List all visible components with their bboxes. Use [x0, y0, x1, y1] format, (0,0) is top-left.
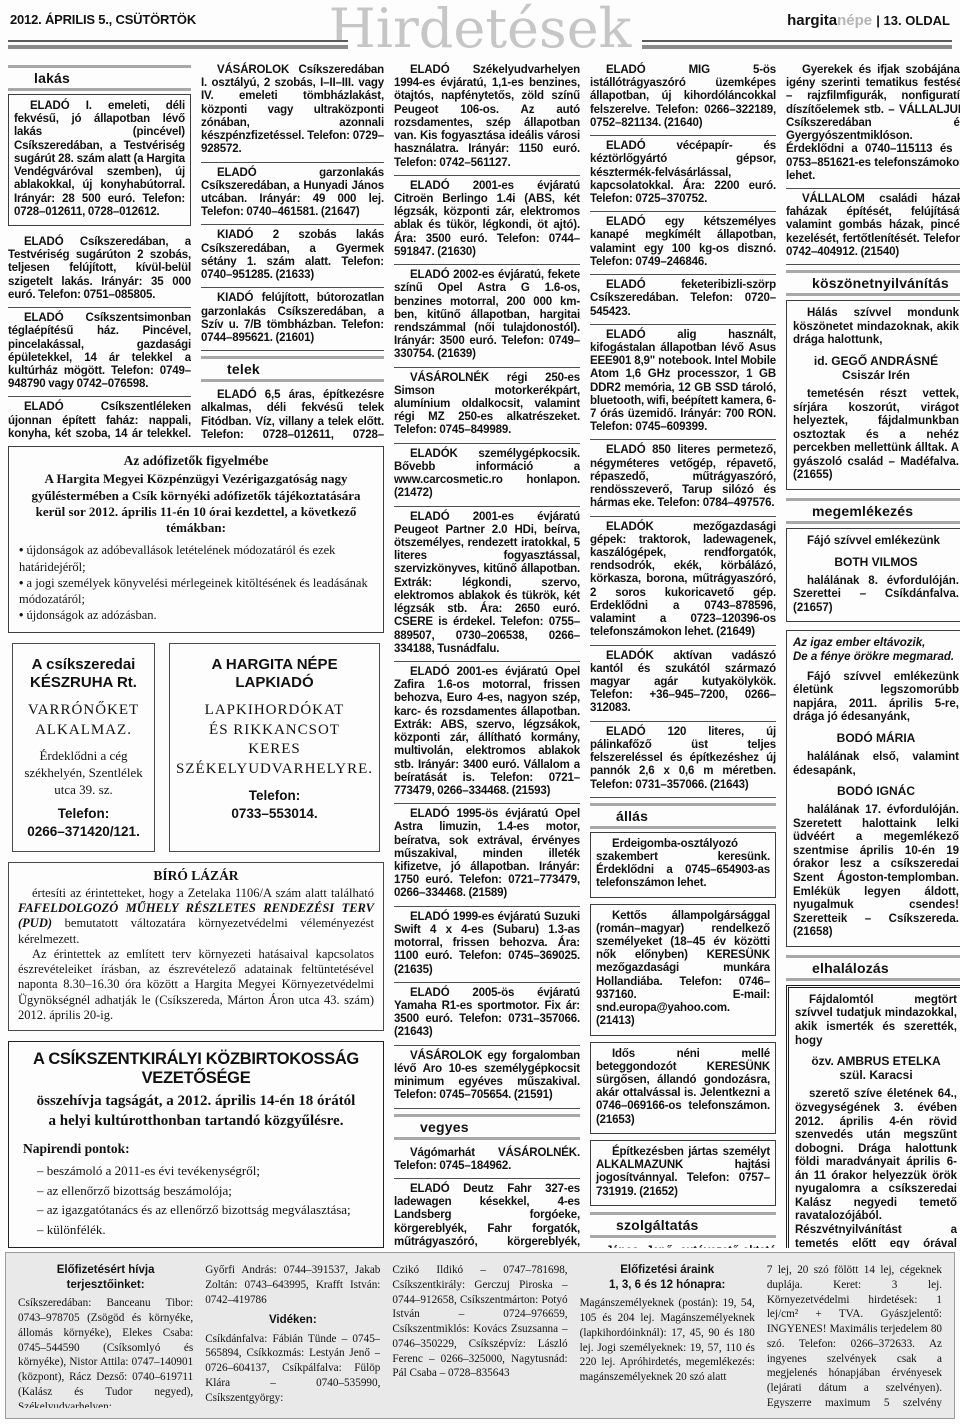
classified-ad: ELADÓ 1999-es évjáratú Suzuki Swift 4 x … — [394, 907, 580, 983]
section-header-elhalalozas: elhalálozás — [786, 955, 960, 981]
notice-line: SZÉKELYUDVARHELYRE. — [176, 760, 373, 780]
column-4: ELADÓ MIG 5-ös istállótrágyaszóró üzemké… — [590, 60, 776, 1248]
classified-ad: ELADÓK aktívan vadászó kantól és szukátó… — [590, 646, 776, 722]
notice-line: VARRÓNŐKET — [19, 701, 148, 721]
classified-ad: ELADÓ 6,5 áras, építkezésre alkalmas, dé… — [201, 385, 384, 440]
taxpayer-notice-body: A Hargita Megyei Közpénzügyi Vezérigazga… — [19, 471, 373, 536]
newspaper-page: 2012. ÁPRILIS 5., CSÜTÖRTÖK Hirdetések h… — [0, 0, 960, 1424]
subscription-footer: Előfizetésért hívja terjesztőinket: Csík… — [5, 1252, 955, 1419]
classified-ad: ELADÓK személygépkocsik. Bővebb informác… — [394, 444, 580, 507]
footer-col-prices: Előfizetési áraink 1, 3, 6 és 12 hónapra… — [580, 1263, 755, 1408]
phone-label: Telefon: — [19, 805, 148, 823]
phone-number: 0266–371420/121. — [19, 823, 148, 841]
header-rule-right — [642, 40, 952, 45]
deceased-name: özv. AMBRUS ETELKA szül. Karacsi — [795, 1054, 957, 1082]
footer-text: Magánszemélyeknek (postán): 19, 54, 105 … — [580, 1297, 755, 1383]
section-header-lakas: lakás — [8, 65, 191, 91]
classified-ad: ELADÓ Deutz Fahr 327-es ladewagen késekk… — [394, 1179, 580, 1248]
memorial-text: halálának 17. évfordulóján. Szeretett ha… — [793, 804, 959, 940]
classified-ad: ELADÓ egy kétszemélyes kanapé megkímélt … — [590, 212, 776, 275]
classified-ad: ELADÓ 1995-ös évjáratú Opel Astra limuzi… — [394, 804, 580, 907]
classified-ad: János Jenő autóvezető-oktató (instructor… — [590, 1241, 776, 1248]
classified-ad: Erdeigomba-osztályozó szakembert keresün… — [596, 836, 770, 894]
phone-number: 0733–553014. — [176, 805, 373, 823]
section-header-allas: állás — [590, 803, 776, 829]
notice-line: A HARGITA NÉPE — [176, 656, 373, 675]
classified-ad: KIADÓ felújított, bútorozatlan garzonlak… — [201, 288, 384, 351]
footer-text: Csíkszeredában: Banceanu Tibor: 0743–978… — [18, 1297, 193, 1408]
classified-ad: Idős néni mellé beteggondozót KERESÜNK s… — [596, 1046, 770, 1130]
memorial-text: halálának 8. évfordulóján. Szerettei – C… — [793, 575, 959, 616]
classified-ad: ELADÓ 850 literes permetező, négyméteres… — [590, 440, 776, 516]
notice-line: KERES — [176, 740, 373, 760]
footer-text: Czikó Ildikó – 0747–781698, Csíkszentkir… — [392, 1264, 567, 1379]
masthead-brand: hargitanépe | 13. OLDAL — [787, 12, 950, 29]
classified-ad: KIADÓ 2 szobás lakás Csíkszeredában, a G… — [201, 225, 384, 288]
biro-lazar-notice: BÍRÓ LÁZÁR értesíti az érintetteket, hog… — [8, 862, 384, 1031]
taxpayer-notice-title: Az adófizetők figyelmébe — [19, 453, 373, 469]
notice-text: értesíti az érintetteket, hogy a Zetelak… — [32, 886, 374, 900]
deceased-name: BOTH VILMOS — [793, 555, 959, 569]
section-header-vegyes: vegyes — [394, 1114, 580, 1140]
classified-ad: Kettős állampolgársággal (román–magyar) … — [596, 908, 770, 1032]
notice-paragraph: értesíti az érintetteket, hogy a Zetelak… — [18, 886, 374, 947]
page-number: | 13. OLDAL — [876, 13, 950, 28]
classified-ad: ELADÓ 2001-es évjáratú Opel Zafira 1.6-o… — [394, 662, 580, 804]
memorial-text: Fájó szívvel emlékezünk — [793, 535, 959, 549]
notice-line: KÉSZRUHA Rt. — [19, 674, 148, 693]
notice-paragraph: Az érintettek az említett terv környezet… — [18, 947, 374, 1023]
classified-ad: Gyerekek és ifjak szobájának igény szeri… — [786, 60, 960, 189]
column-3: ELADÓ Székelyudvarhelyen 1994-es évjárat… — [394, 60, 580, 1248]
notice-line: ALKALMAZ. — [19, 721, 148, 741]
footer-col-distributors: Előfizetésért hívja terjesztőinket: Csík… — [18, 1263, 193, 1408]
classified-ad: ELADÓ Székelyudvarhelyen 1994-es évjárat… — [394, 60, 580, 176]
deceased-name: BODÓ IGNÁC — [793, 784, 959, 798]
lapkiado-caps: LAPKIHORDÓKAT ÉS RIKKANCSOT KERES SZÉKEL… — [176, 701, 373, 779]
left-twin-columns: lakás ELADÓ I. emeleti, déli fekvésű, jó… — [8, 60, 384, 440]
classified-ad: ELADÓ 2005-ös évjáratú Yamaha R1-es spor… — [394, 983, 580, 1046]
header-rule-left — [8, 40, 348, 45]
keszruha-phone: Telefon: 0266–371420/121. — [19, 805, 148, 841]
memorial-text: Fájó szívvel emlékezünk életünk legszomo… — [793, 671, 959, 725]
footer-text: 7 lej, 20 szó fölött 14 lej, cégeknek du… — [767, 1264, 942, 1408]
boxed-ad: Építkezésben jártas személyt ALKALMAZUNK… — [590, 1140, 776, 1206]
classified-ad: ELADÓ 2002-es évjáratú, fekete színű Ope… — [394, 265, 580, 368]
section-header-szolgaltatas: szolgáltatás — [590, 1212, 776, 1238]
lapkiado-notice: A HARGITA NÉPE LAPKIADÓ LAPKIHORDÓKAT ÉS… — [169, 643, 380, 853]
agenda-item: – az ellenőrző bizottság beszámolója; — [37, 1181, 369, 1201]
memorial-text: Fájdalomtól megtört szívvel tudatjuk min… — [795, 994, 957, 1048]
agenda-item: – különfélék. — [37, 1220, 369, 1240]
lapkiado-heading: A HARGITA NÉPE LAPKIADÓ — [176, 656, 373, 694]
notice-line: LAPKIHORDÓKAT — [176, 701, 373, 721]
memorial-quote: Az igaz ember eltávozik, De a fénye örök… — [793, 637, 959, 664]
classified-ad: VÁSÁROLOK egy forgalomban lévő Aro 10-es… — [394, 1046, 580, 1109]
deceased-name: id. GEGŐ ANDRÁSNÉ Csiszár Irén — [793, 354, 959, 382]
deceased-name: BODÓ MÁRIA — [793, 731, 959, 745]
classified-ad: Vágómarhát VÁSÁROLNÉK. Telefon: 0745–184… — [394, 1143, 580, 1179]
classified-ad: ELADÓ feketeribizli-szörp Csíkszeredában… — [590, 275, 776, 325]
classified-ad: ELADÓ garzonlakás Csíkszeredában, a Huny… — [201, 163, 384, 226]
bullet-item: újdonságok az adózásban. — [19, 607, 373, 623]
classifieds-area: lakás ELADÓ I. emeleti, déli fekvésű, jó… — [0, 58, 960, 1248]
agenda-item: – az igazgatótanács és az ellenőrző bizo… — [37, 1200, 369, 1220]
footer-title: Előfizetésért hívja terjesztőinket: — [18, 1263, 193, 1293]
footer-col-villages: Czikó Ildikó – 0747–781698, Csíkszentkir… — [392, 1263, 567, 1408]
section-header-megemlekezes: megemlékezés — [786, 498, 960, 524]
classified-ad: ELADÓ Csíkszeredában, a Testvériség sugá… — [8, 232, 191, 308]
agenda-item: – beszámoló a 2011-es évi tevékenységről… — [37, 1161, 369, 1181]
agenda-label: Napirendi pontok: — [23, 1141, 369, 1157]
classified-ad: ELADÓ Csíkszentléleken újonnan épített f… — [8, 397, 191, 440]
kozbirtokossag-subtitle: összehívja tagságát, a 2012. április 14-… — [23, 1092, 369, 1131]
kozbirtokossag-title: A CSÍKSZENTKIRÁLYI KÖZBIRTOKOSSÁG VEZETŐ… — [23, 1050, 369, 1088]
memorial-text: Hálás szívvel mondunk köszönetet mindazo… — [793, 307, 959, 348]
notice-line: ÉS RIKKANCSOT — [176, 721, 373, 741]
notice-author: BÍRÓ LÁZÁR — [18, 868, 374, 884]
classified-ad: ELADÓ 2001-es évjáratú Peugeot Partner 2… — [394, 507, 580, 662]
section-header-koszonet: köszönetnyilvánítás — [786, 270, 960, 296]
bullet-item: a jogi személyek könyvelési mérlegeinek … — [19, 575, 373, 608]
boxed-ad: ELADÓ I. emeleti, déli fekvésű, jó állap… — [8, 94, 191, 226]
section-header-telek: telek — [201, 356, 384, 382]
left-column-group: lakás ELADÓ I. emeleti, déli fekvésű, jó… — [8, 60, 384, 1248]
framed-notices-row: A csíkszeredai KÉSZRUHA Rt. VARRÓNŐKET A… — [12, 643, 380, 853]
footer-text: Győrfi András: 0744–391537, Jakab Zoltán… — [205, 1264, 380, 1306]
classified-ad: ELADÓ 2001-es évjáratú Citroën Berlingo … — [394, 176, 580, 265]
keszruha-info: Érdeklődni a cég székhelyén, Szentlélek … — [19, 748, 148, 799]
memorial-notice: Az igaz ember eltávozik, De a fénye örök… — [786, 630, 960, 946]
classified-ad: ELADÓ 120 literes, új pálinkafőző üst te… — [590, 722, 776, 798]
memorial-text: halálának első, valamint édesapánk, — [793, 751, 959, 778]
kozbirtokossag-notice: A CSÍKSZENTKIRÁLYI KÖZBIRTOKOSSÁG VEZETŐ… — [8, 1041, 384, 1248]
page-header: 2012. ÁPRILIS 5., CSÜTÖRTÖK Hirdetések h… — [0, 0, 960, 58]
classified-ad: ELADÓK mezőgazdasági gépek: traktorok, l… — [590, 517, 776, 646]
column-2: VÁSÁROLOK Csíkszeredában I. osztályú, 2 … — [201, 60, 384, 440]
classified-ad: ELADÓ I. emeleti, déli fekvésű, jó állap… — [14, 98, 185, 222]
boxed-ad: Kettős állampolgársággal (román–magyar) … — [590, 904, 776, 1036]
agenda-list: – beszámoló a 2011-es évi tevékenységről… — [23, 1161, 369, 1239]
memorial-text: temetésén részt vettek, sírjára koszorút… — [793, 388, 959, 483]
keszruha-notice: A csíkszeredai KÉSZRUHA Rt. VARRÓNŐKET A… — [12, 643, 155, 853]
classified-ad: VÁLLALOM családi házak, faházak építését… — [786, 189, 960, 265]
memorial-notice: Fájó szívvel emlékezünk BOTH VILMOS halá… — [786, 528, 960, 622]
notice-line: LAPKIADÓ — [176, 674, 373, 693]
column-1: lakás ELADÓ I. emeleti, déli fekvésű, jó… — [8, 60, 191, 440]
obituary-notice: Fájdalomtól megtört szívvel tudatjuk min… — [786, 985, 960, 1248]
classified-ad: VÁSÁROLNÉK régi 250-es Simson motorkerék… — [394, 368, 580, 444]
footer-subtitle: Vidéken: — [205, 1313, 380, 1328]
lapkiado-phone: Telefon: 0733–553014. — [176, 787, 373, 823]
footer-col-udvarhely: Győrfi András: 0744–391537, Jakab Zoltán… — [205, 1263, 380, 1408]
classified-ad: ELADÓ alig használt, kifogástalan állapo… — [590, 325, 776, 441]
boxed-ad: Idős néni mellé beteggondozót KERESÜNK s… — [590, 1042, 776, 1134]
taxpayer-notice-bullets: újdonságok az adóbevallások letételének … — [19, 542, 373, 623]
classified-ad: Építkezésben jártas személyt ALKALMAZUNK… — [596, 1144, 770, 1202]
keszruha-heading: A csíkszeredai KÉSZRUHA Rt. — [19, 656, 148, 694]
classified-ad: VÁSÁROLOK Csíkszeredában I. osztályú, 2 … — [201, 60, 384, 163]
thanks-notice: Hálás szívvel mondunk köszönetet mindazo… — [786, 300, 960, 490]
notice-text: bemutatott változatára környezetvédelmi … — [18, 916, 374, 945]
phone-label: Telefon: — [176, 787, 373, 805]
bullet-item: újdonságok az adóbevallások letételének … — [19, 542, 373, 575]
taxpayer-notice: Az adófizetők figyelmébe A Hargita Megye… — [8, 446, 384, 632]
classified-ad: ELADÓ vécépapír- és kéztörlőgyártó gépso… — [590, 136, 776, 212]
keszruha-caps: VARRÓNŐKET ALKALMAZ. — [19, 701, 148, 740]
brand-name: hargita — [787, 12, 837, 29]
footer-text: Csíkdánfalva: Fábián Tünde – 0745–565894… — [205, 1333, 380, 1404]
page-title: Hirdetések — [0, 2, 960, 56]
footer-title: Előfizetési áraink 1, 3, 6 és 12 hónapra… — [580, 1263, 755, 1293]
brand-name-suffix: népe — [837, 12, 872, 29]
boxed-ad: Erdeigomba-osztályozó szakembert keresün… — [590, 832, 776, 898]
classified-ad: ELADÓ MIG 5-ös istállótrágyaszóró üzemké… — [590, 60, 776, 136]
notice-line: A csíkszeredai — [19, 656, 148, 675]
classified-ad: ELADÓ Csíkszentsimonban téglaépítésű ház… — [8, 308, 191, 397]
footer-col-prices-cont: 7 lej, 20 szó fölött 14 lej, cégeknek du… — [767, 1263, 942, 1408]
column-5: Gyerekek és ifjak szobájának igény szeri… — [786, 60, 960, 1248]
memorial-text: szerető szíve életének 64., özvegységéne… — [795, 1088, 957, 1248]
